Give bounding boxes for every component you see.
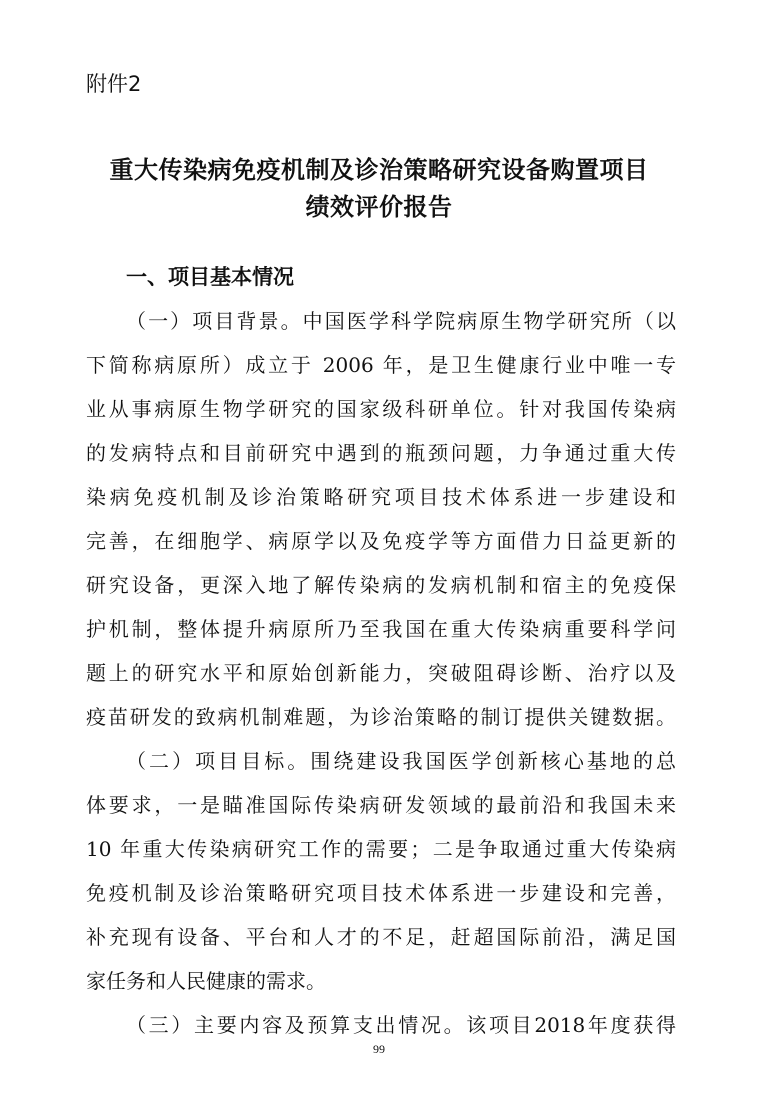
paragraph-line: 染病免疫机制及诊治策略研究项目技术体系进一步建设和 bbox=[86, 481, 676, 510]
paragraph-line: （二）项目目标。围绕建设我国医学创新核心基地的总 bbox=[126, 745, 676, 774]
paragraph-line: 补充现有设备、平台和人才的不足，赶超国际前沿，满足国 bbox=[86, 921, 676, 950]
paragraph-line: 免疫机制及诊治策略研究项目技术体系进一步建设和完善， bbox=[86, 877, 676, 906]
paragraph-line: 疫苗研发的致病机制难题，为诊治策略的制订提供关键数据。 bbox=[86, 701, 676, 730]
paragraph-line: （三）主要内容及预算支出情况。该项目2018年度获得 bbox=[126, 1009, 676, 1038]
document-title-line1: 重大传染病免疫机制及诊治策略研究设备购置项目 bbox=[0, 150, 758, 185]
paragraph-line: 下简称病原所）成立于 2006 年，是卫生健康行业中唯一专 bbox=[86, 349, 676, 378]
section-heading: 一、项目基本情况 bbox=[126, 261, 294, 291]
attachment-label: 附件2 bbox=[86, 68, 141, 98]
paragraph-line: 家任务和人民健康的需求。 bbox=[86, 965, 676, 994]
paragraph-line: 的发病特点和目前研究中遇到的瓶颈问题，力争通过重大传 bbox=[86, 437, 676, 466]
paragraph-line: 体要求，一是瞄准国际传染病研发领域的最前沿和我国未来 bbox=[86, 789, 676, 818]
paragraph-line: 完善，在细胞学、病原学以及免疫学等方面借力日益更新的 bbox=[86, 525, 676, 554]
paragraph-line: 10 年重大传染病研究工作的需要；二是争取通过重大传染病 bbox=[86, 833, 676, 862]
document-title-line2: 绩效评价报告 bbox=[0, 187, 758, 222]
paragraph-line: 护机制，整体提升病原所乃至我国在重大传染病重要科学问 bbox=[86, 613, 676, 642]
paragraph-line: （一）项目背景。中国医学科学院病原生物学研究所（以 bbox=[126, 305, 676, 334]
page-number: 99 bbox=[0, 1042, 758, 1057]
paragraph-line: 研究设备，更深入地了解传染病的发病机制和宿主的免疫保 bbox=[86, 569, 676, 598]
paragraph-line: 题上的研究水平和原始创新能力，突破阻碍诊断、治疗以及 bbox=[86, 657, 676, 686]
paragraph-line: 业从事病原生物学研究的国家级科研单位。针对我国传染病 bbox=[86, 393, 676, 422]
